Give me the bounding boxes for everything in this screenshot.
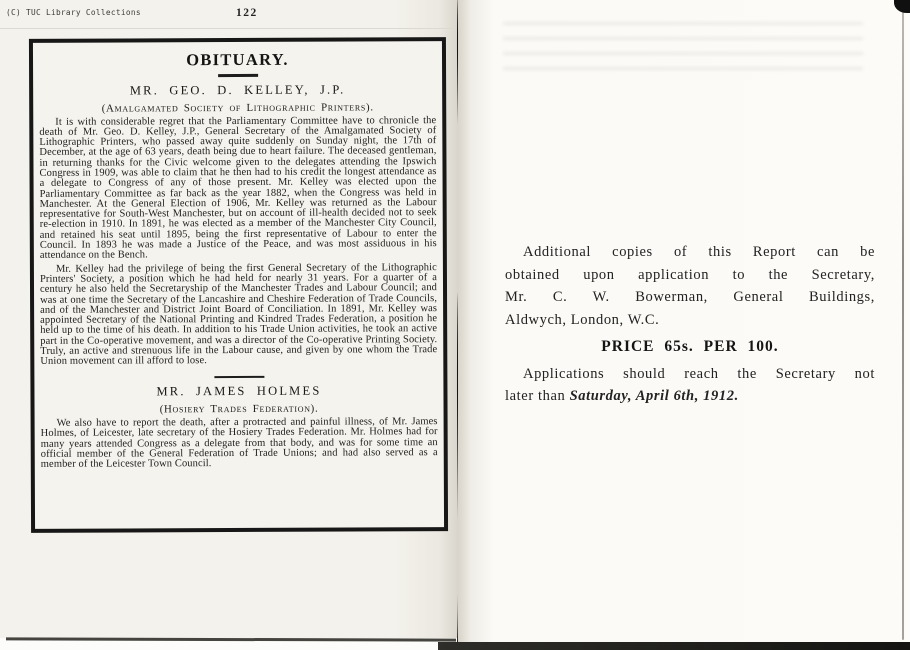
notice-line: Additional copies of this Report can be [505, 241, 875, 264]
right-page: Additional copies of this Report can be … [458, 0, 905, 644]
deadline-date: Saturday, April 6th, 1912. [570, 388, 739, 404]
entry-society: (Amalgamated Society of Lithographic Pri… [39, 101, 436, 115]
library-watermark: (C) TUC Library Collections [6, 8, 141, 17]
entry-name: MR. JAMES HOLMES [40, 383, 437, 400]
page-number: 122 [236, 7, 258, 19]
obituary-box: OBITUARY. MR. GEO. D. KELLEY, J.P. (Amal… [29, 37, 448, 533]
obituary-title: OBITUARY. [39, 49, 436, 71]
notice-line: Mr. C. W. Bowerman, General Buildings, [505, 286, 875, 309]
page-top-crease [0, 28, 456, 29]
entry-name: MR. GEO. D. KELLEY, J.P. [39, 82, 436, 99]
notice-line: obtained upon application to the Secreta… [505, 264, 875, 287]
book-spread-scan: (C) TUC Library Collections 122 OBITUARY… [0, 0, 910, 650]
obituary-paragraph: Mr. Kelley had the privilege of being th… [40, 263, 437, 368]
application-note: Applications should reach the Secretary … [505, 363, 875, 408]
section-divider [214, 376, 264, 379]
bottom-page-edge [6, 637, 456, 641]
right-page-edge-line [902, 8, 904, 640]
left-page: (C) TUC Library Collections 122 OBITUARY… [0, 0, 458, 638]
entry-society: (Hosiery Trades Federation). [41, 402, 438, 416]
notice-line: Aldwych, London, W.C. [505, 309, 875, 332]
title-divider [218, 74, 258, 77]
ink-showthrough [503, 22, 863, 70]
application-line-prefix: later than [505, 388, 570, 404]
application-line: later than Saturday, April 6th, 1912. [505, 385, 875, 408]
obituary-entry-holmes: MR. JAMES HOLMES (Hosiery Trades Federat… [40, 383, 437, 470]
obituary-paragraph: We also have to report the death, after … [41, 417, 438, 470]
application-line: Applications should reach the Secretary … [505, 363, 875, 386]
bottom-book-edge [438, 642, 910, 650]
obituary-paragraph: It is with considerable regret that the … [39, 116, 437, 262]
copies-notice: Additional copies of this Report can be … [505, 241, 875, 408]
price-line: PRICE 65s. PER 100. [505, 336, 875, 359]
obituary-entry-kelley: MR. GEO. D. KELLEY, J.P. (Amalgamated So… [39, 82, 437, 368]
